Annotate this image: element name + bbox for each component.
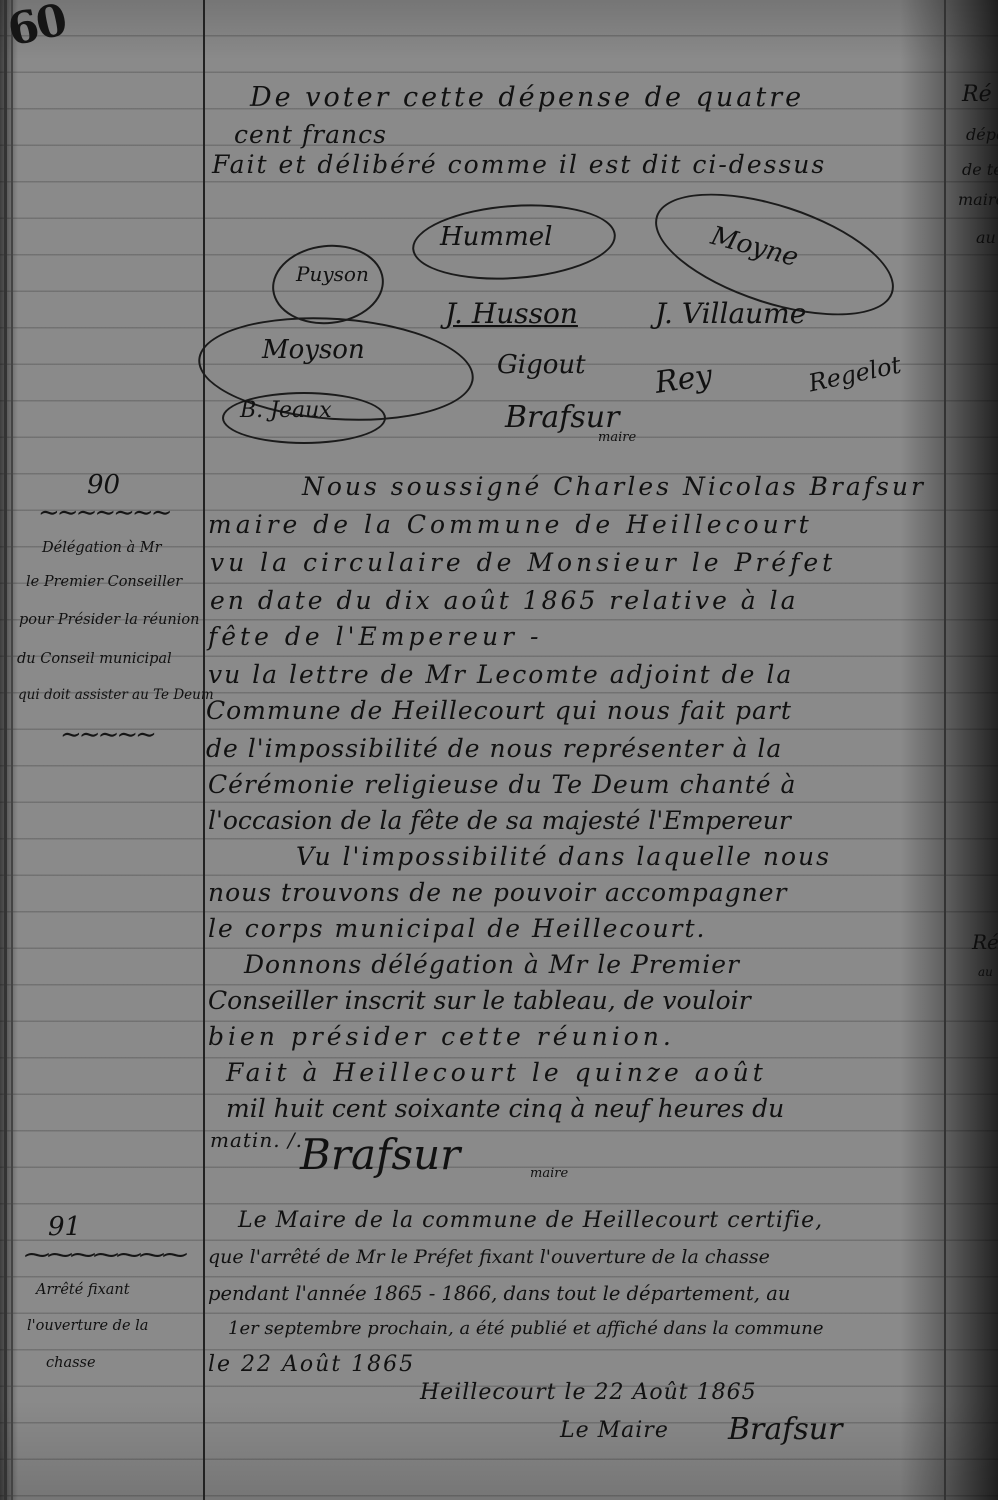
- entry-number: 91: [48, 1212, 81, 1242]
- entry-line: Cérémonie religieuse du Te Deum chanté à: [208, 770, 796, 799]
- wavy-divider: ⁓⁓⁓⁓⁓⁓⁓: [24, 1240, 185, 1270]
- margin-rule: [203, 0, 205, 1500]
- binding-rule-inner: [11, 0, 13, 1500]
- margin-title-line: du Conseil municipal: [17, 651, 172, 667]
- margin-title-line: qui doit assister au Te Deum: [18, 687, 214, 703]
- margin-title-line: l'ouverture de la: [27, 1318, 148, 1334]
- closing: Le Maire: [560, 1418, 669, 1443]
- entry-line: Commune de Heillecourt qui nous fait par…: [206, 696, 792, 725]
- wavy-divider: ∼∼∼∼∼∼∼: [38, 498, 170, 528]
- signature: Puyson: [296, 262, 369, 286]
- entry-line: nous trouvons de ne pouvoir accompagner: [208, 878, 787, 907]
- page-number: 60: [3, 0, 70, 56]
- mayor-signature: Brafsur: [728, 1412, 842, 1447]
- edge-fragment: au: [976, 228, 996, 247]
- entry-line: que l'arrêté de Mr le Préfet fixant l'ou…: [208, 1246, 770, 1268]
- signature-title: maire: [598, 430, 636, 445]
- top-entry-line: De voter cette dépense de quatre: [250, 82, 804, 113]
- margin-title-line: le Premier Conseiller: [26, 574, 182, 590]
- entry-line: vu la circulaire de Monsieur le Préfet: [210, 548, 836, 577]
- edge-fragment: au: [978, 965, 993, 979]
- entry-line: fête de l'Empereur -: [208, 622, 542, 651]
- entry-line: Vu l'impossibilité dans laquelle nous: [296, 842, 831, 871]
- signature: B. Jeaux: [240, 398, 332, 423]
- margin-title-line: chasse: [46, 1355, 96, 1371]
- margin-title-line: Délégation à Mr: [42, 540, 162, 556]
- right-page-edge: [944, 0, 946, 1500]
- entry-line: matin. /.: [210, 1128, 303, 1152]
- top-entry-line: Fait et délibéré comme il est dit ci-des…: [212, 150, 826, 179]
- entry-line: pendant l'année 1865 - 1866, dans tout l…: [208, 1282, 790, 1305]
- margin-title-line: pour Présider la réunion: [19, 612, 199, 628]
- entry-line: vu la lettre de Mr Lecomte adjoint de la: [208, 660, 793, 689]
- entry-line: le 22 Août 1865: [208, 1352, 415, 1377]
- signature: J. Villaume: [655, 297, 806, 330]
- entry-line: Le Maire de la commune de Heillecourt ce…: [238, 1208, 823, 1233]
- binding-rule: [4, 0, 7, 1500]
- entry-line: Nous soussigné Charles Nicolas Brafsur: [302, 472, 926, 501]
- place-date: Heillecourt le 22 Août 1865: [420, 1380, 757, 1405]
- margin-title-line: Arrêté fixant: [36, 1282, 130, 1298]
- signature: J. Husson: [445, 297, 578, 330]
- edge-fragment: dépe: [966, 125, 998, 144]
- signature-title: maire: [530, 1166, 568, 1181]
- entry-line: mil huit cent soixante cinq à neuf heure…: [226, 1094, 784, 1123]
- entry-line: maire de la Commune de Heillecourt: [208, 510, 813, 539]
- entry-line: Donnons délégation à Mr le Premier: [244, 950, 740, 979]
- signature: Moyson: [262, 335, 365, 365]
- edge-fragment: de te: [962, 160, 998, 179]
- entry-line: bien présider cette réunion.: [208, 1022, 675, 1051]
- edge-fragment: Ré: [972, 930, 998, 954]
- mayor-signature: Brafsur: [300, 1130, 460, 1179]
- entry-line: Fait à Heillecourt le quinze août: [226, 1058, 767, 1087]
- entry-line: de l'impossibilité de nous représenter à…: [206, 734, 782, 763]
- signature: Regelot: [806, 351, 903, 398]
- signature: Gigout: [497, 350, 586, 380]
- edge-fragment: maire: [958, 190, 998, 209]
- register-page: 60 De voter cette dépense de quatre cent…: [0, 0, 998, 1500]
- entry-line: Conseiller inscrit sur le tableau, de vo…: [208, 986, 751, 1015]
- wavy-divider: ∼∼∼∼∼: [60, 720, 154, 750]
- top-entry-line: cent francs: [234, 120, 387, 149]
- entry-line: l'occasion de la fête de sa majesté l'Em…: [208, 806, 791, 835]
- signature: Rey: [653, 358, 715, 401]
- signature: Hummel: [440, 222, 552, 252]
- entry-line: 1er septembre prochain, a été publié et …: [228, 1318, 824, 1339]
- edge-fragment: Ré: [962, 82, 992, 107]
- entry-number: 90: [87, 470, 120, 500]
- entry-line: le corps municipal de Heillecourt.: [208, 914, 707, 943]
- entry-line: en date du dix août 1865 relative à la: [210, 586, 799, 615]
